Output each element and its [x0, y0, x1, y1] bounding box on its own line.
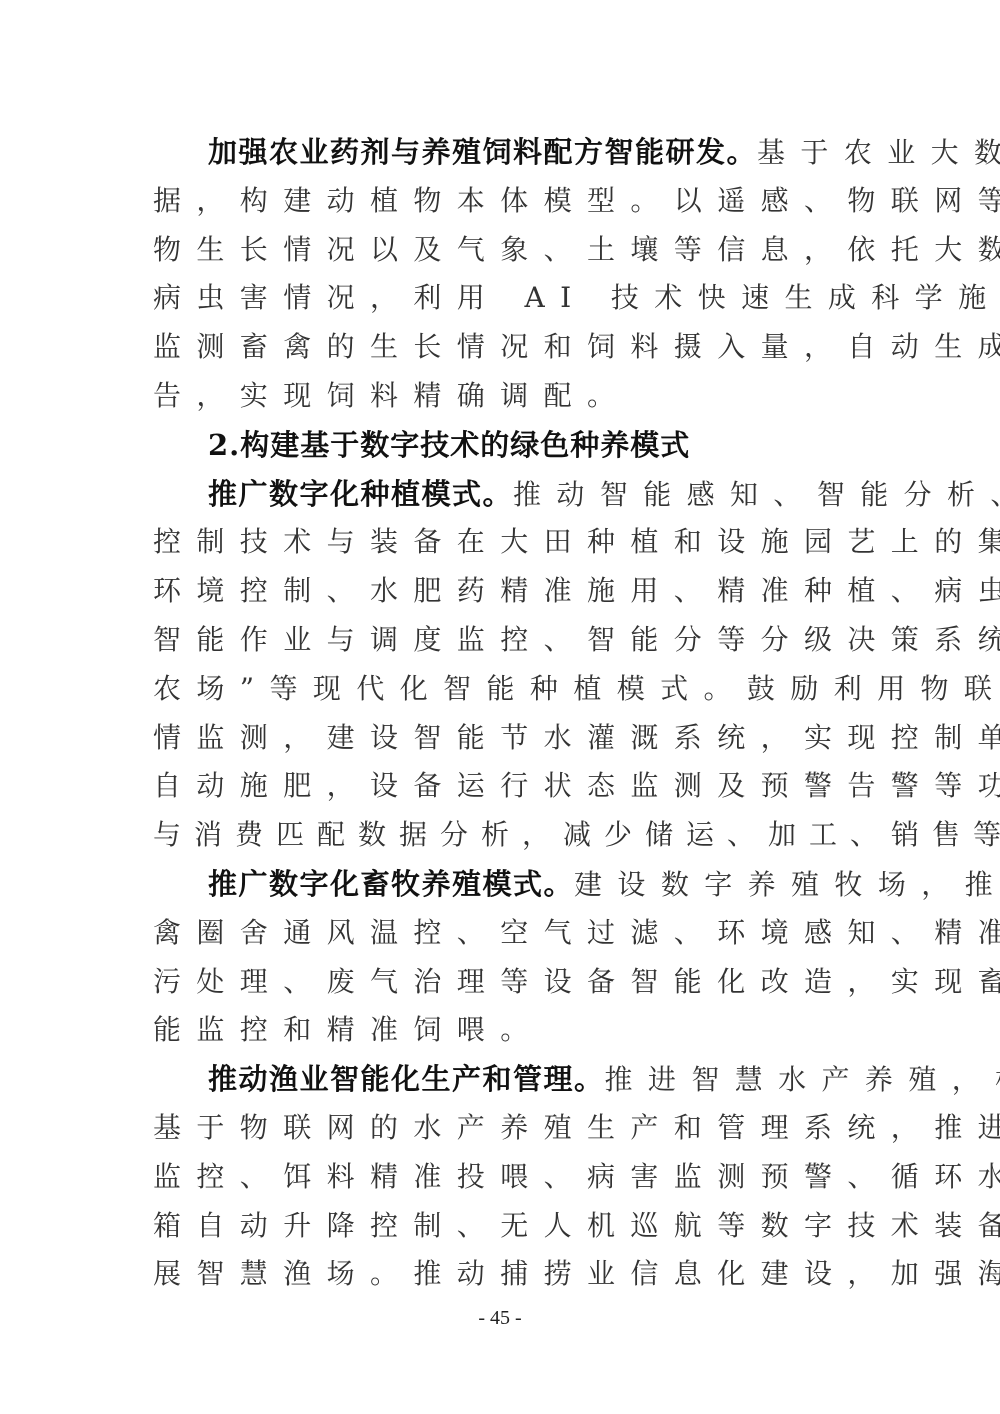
paragraph-line: 箱自动升降控制、无人机巡航等数字技术装备普及应用，发	[153, 1202, 853, 1251]
line-text: 基于农业大数	[757, 136, 1000, 169]
paragraph-lead-heading: 推动渔业智能化生产和管理。	[208, 1062, 605, 1096]
line-text: 情监测，建设智能节水灌溉系统，实现控制单元按需供水、	[153, 721, 1000, 754]
line-text: 农场”等现代化智能种植模式。鼓励利用物联网开展土壤墒	[153, 672, 1000, 705]
paragraph-line: 物生长情况以及气象、土壤等信息，依托大数据研判农作物	[153, 226, 853, 275]
paragraph-line: 自动施肥，设备运行状态监测及预警告警等功能。增强生产	[153, 762, 853, 811]
line-text: 告，实现饲料精确调配。	[153, 379, 630, 412]
section-heading-text: 2.构建基于数字技术的绿色种养模式	[208, 428, 690, 462]
section-heading: 2.构建基于数字技术的绿色种养模式	[153, 421, 853, 470]
paragraph-line: 污处理、废气治理等设备智能化改造，实现畜禽养殖环境智	[153, 958, 853, 1007]
paragraph-line: 监控、饵料精准投喂、病害监测预警、循环水装备控制、网	[153, 1153, 853, 1202]
page-number: - 45 -	[0, 1307, 1000, 1330]
paragraph-line: 控制技术与装备在大田种植和设施园艺上的集成应用，建设	[153, 518, 853, 567]
line-text: 物生长情况以及气象、土壤等信息，依托大数据研判农作物	[153, 233, 1000, 266]
paragraph-line: 据，构建动植物本体模型。以遥感、物联网等手段收集农作	[153, 177, 853, 226]
paragraph-lead-heading: 推广数字化种植模式。	[208, 477, 513, 511]
paragraph-line: 基于物联网的水产养殖生产和管理系统，推进水体环境实时	[153, 1104, 853, 1153]
line-text: 基于物联网的水产养殖生产和管理系统，推进水体环境实时	[153, 1111, 1000, 1144]
line-text: 环境控制、水肥药精准施用、精准种植、病虫害监控、农机	[153, 574, 1000, 607]
paragraph-line: 加强农业药剂与养殖饲料配方智能研发。基于农业大数	[153, 128, 853, 177]
paragraph-line: 环境控制、水肥药精准施用、精准种植、病虫害监控、农机	[153, 567, 853, 616]
paragraph-line: 情监测，建设智能节水灌溉系统，实现控制单元按需供水、	[153, 714, 853, 763]
line-text: 病虫害情况，利用 AI 技术快速生成科学施药处方图。实时	[153, 281, 1000, 314]
line-text: 污处理、废气治理等设备智能化改造，实现畜禽养殖环境智	[153, 965, 1000, 998]
paragraph-lead-heading: 加强农业药剂与养殖饲料配方智能研发。	[208, 135, 757, 169]
line-text: 监测畜禽的生长情况和饲料摄入量，自动生成饲料配方报	[153, 330, 1000, 363]
paragraph-line: 推动渔业智能化生产和管理。推进智慧水产养殖，构建	[153, 1055, 853, 1104]
line-text: 推动智能感知、智能分析、智能	[513, 478, 1000, 511]
line-text: 智能作业与调度监控、智能分等分级决策系统，支持“少人	[153, 623, 1000, 656]
line-text: 禽圈舍通风温控、空气过滤、环境感知、精准上料、畜禽粪	[153, 916, 1000, 949]
line-text: 监控、饵料精准投喂、病害监测预警、循环水装备控制、网	[153, 1160, 1000, 1193]
line-text: 控制技术与装备在大田种植和设施园艺上的集成应用，建设	[153, 525, 1000, 558]
line-text: 与消费匹配数据分析，减少储运、加工、销售等过程的浪费。	[153, 818, 1000, 851]
paragraph-line: 病虫害情况，利用 AI 技术快速生成科学施药处方图。实时	[153, 274, 853, 323]
line-text: 展智慧渔场。推动捕捞业信息化建设，加强海洋渔业“北斗	[153, 1257, 1000, 1290]
paragraph-lead-heading: 推广数字化畜牧养殖模式。	[208, 867, 574, 901]
paragraph-line: 禽圈舍通风温控、空气过滤、环境感知、精准上料、畜禽粪	[153, 909, 853, 958]
line-text: 据，构建动植物本体模型。以遥感、物联网等手段收集农作	[153, 184, 1000, 217]
body-text: 加强农业药剂与养殖饲料配方智能研发。基于农业大数 据，构建动植物本体模型。以遥感…	[153, 128, 853, 1299]
paragraph-line: 监测畜禽的生长情况和饲料摄入量，自动生成饲料配方报	[153, 323, 853, 372]
paragraph-line: 推广数字化畜牧养殖模式。建设数字养殖牧场，推进畜	[153, 860, 853, 909]
line-text: 建设数字养殖牧场，推进畜	[574, 868, 1000, 901]
paragraph-line: 农场”等现代化智能种植模式。鼓励利用物联网开展土壤墒	[153, 665, 853, 714]
paragraph-line: 展智慧渔场。推动捕捞业信息化建设，加强海洋渔业“北斗	[153, 1250, 853, 1299]
paragraph-line: 与消费匹配数据分析，减少储运、加工、销售等过程的浪费。	[153, 811, 853, 860]
paragraph-line: 智能作业与调度监控、智能分等分级决策系统，支持“少人	[153, 616, 853, 665]
line-text: 推进智慧水产养殖，构建	[605, 1063, 1000, 1096]
line-text: 自动施肥，设备运行状态监测及预警告警等功能。增强生产	[153, 769, 1000, 802]
line-text: 能监控和精准饲喂。	[153, 1013, 544, 1046]
paragraph-line: 能监控和精准饲喂。	[153, 1006, 853, 1055]
paragraph-line: 告，实现饲料精确调配。	[153, 372, 853, 421]
paragraph-line: 推广数字化种植模式。推动智能感知、智能分析、智能	[153, 470, 853, 519]
document-page: 加强农业药剂与养殖饲料配方智能研发。基于农业大数 据，构建动植物本体模型。以遥感…	[0, 0, 1000, 1414]
line-text: 箱自动升降控制、无人机巡航等数字技术装备普及应用，发	[153, 1209, 1000, 1242]
